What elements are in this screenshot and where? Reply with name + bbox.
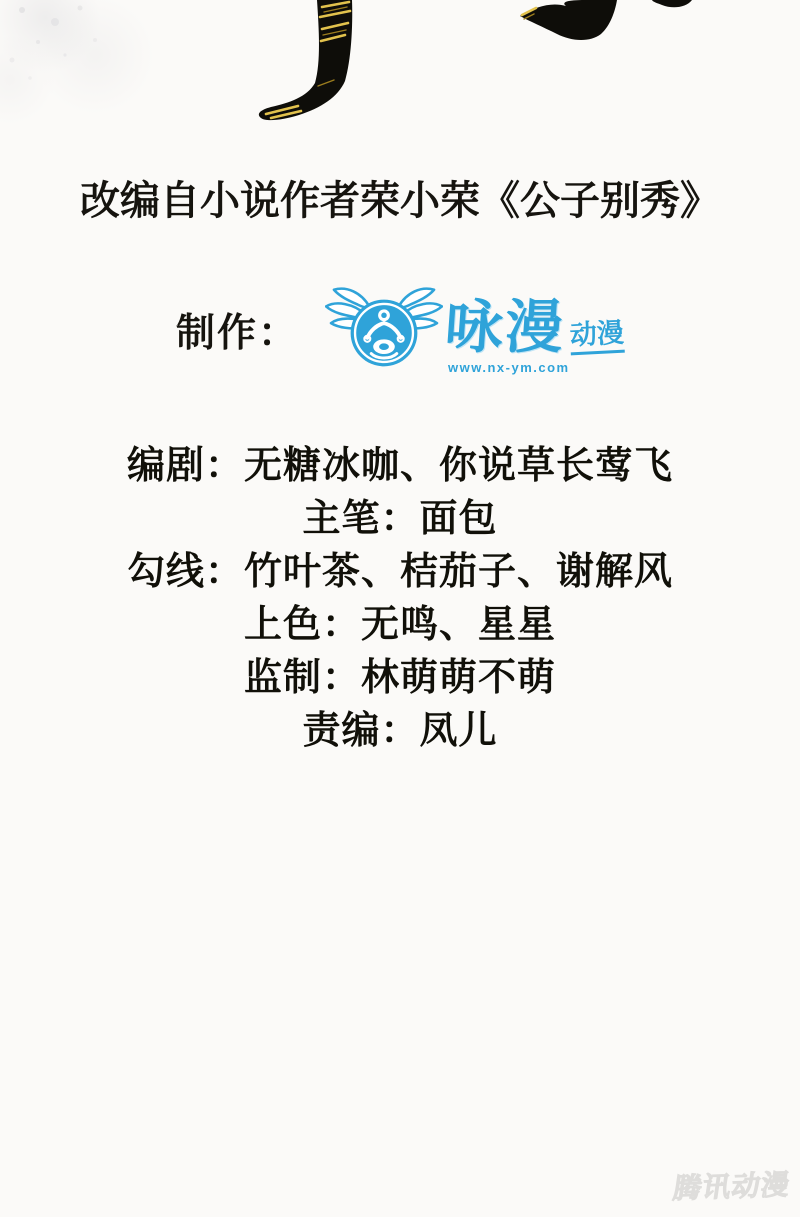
credit-line-editor: 责编：凤儿: [0, 705, 800, 758]
credit-line-coloring: 上色：无鸣、星星: [0, 599, 800, 652]
brush-stroke-right-swoosh: [520, 0, 617, 40]
credit-line-lead-artist: 主笔：面包: [0, 493, 800, 546]
credit-line-supervisor: 监制：林萌萌不萌: [0, 652, 800, 705]
studio-logo: 咏漫 动漫 www.nx-ym.com: [325, 276, 624, 384]
brush-stroke-corner-sliver: [652, 0, 692, 7]
paper-speckle-texture: [10, 6, 98, 80]
platform-watermark: 腾讯动漫: [671, 1163, 793, 1207]
logo-wordmark: 咏漫: [443, 299, 567, 357]
production-label: 制作：: [176, 302, 299, 358]
logo-text-block: 咏漫 动漫 www.nx-ym.com: [445, 299, 624, 375]
credit-line-screenwriter: 编剧：无糖冰咖、你说草长莺飞: [0, 440, 800, 493]
adaptation-title: 改编自小说作者荣小荣《公子别秀》: [0, 178, 800, 224]
calligraphy-brush-strokes: [0, 0, 800, 150]
comic-credits-page: 改编自小说作者荣小荣《公子别秀》 制作：: [0, 0, 800, 1217]
logo-winged-badge-icon: [325, 276, 443, 384]
logo-url: www.nx-ym.com: [445, 360, 624, 375]
production-row: 制作：: [0, 268, 800, 392]
logo-wordmark-suffix: 动漫: [569, 320, 625, 356]
credit-line-lineart: 勾线：竹叶茶、桔茄子、谢解风: [0, 546, 800, 599]
brush-stroke-left-hook: [259, 0, 352, 120]
credits-block: 编剧：无糖冰咖、你说草长莺飞 主笔：面包 勾线：竹叶茶、桔茄子、谢解风 上色：无…: [0, 440, 800, 758]
